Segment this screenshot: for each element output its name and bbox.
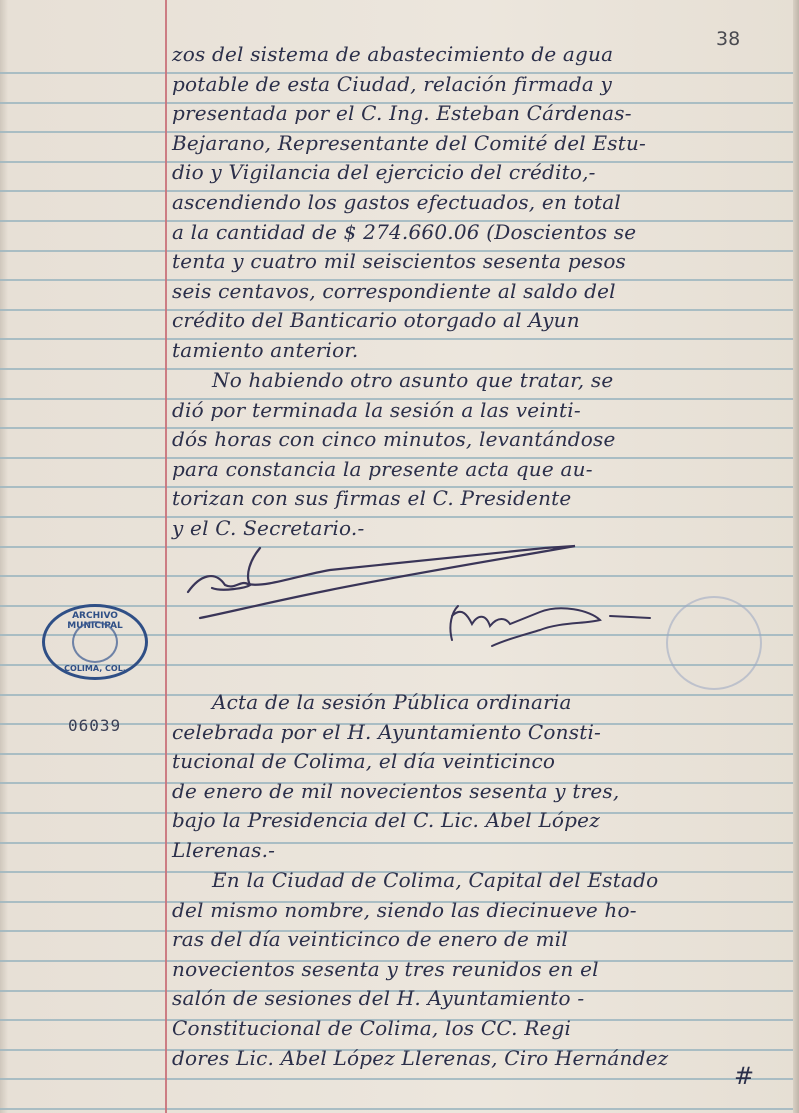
archive-stamp: ARCHIVO MUNICIPAL COLIMA, COL. <box>42 604 148 680</box>
signatures <box>0 0 799 1113</box>
stamp-bottom-text: COLIMA, COL. <box>45 664 145 673</box>
end-mark: # <box>734 1062 754 1090</box>
archive-number: 06039 <box>68 716 121 735</box>
signature-secretary <box>450 606 650 646</box>
ledger-page: 38 zos del sistema de abastecimiento de … <box>0 0 799 1113</box>
stamp-seal-icon <box>72 621 118 663</box>
signature-president <box>188 546 575 618</box>
faded-stamp <box>666 596 762 690</box>
